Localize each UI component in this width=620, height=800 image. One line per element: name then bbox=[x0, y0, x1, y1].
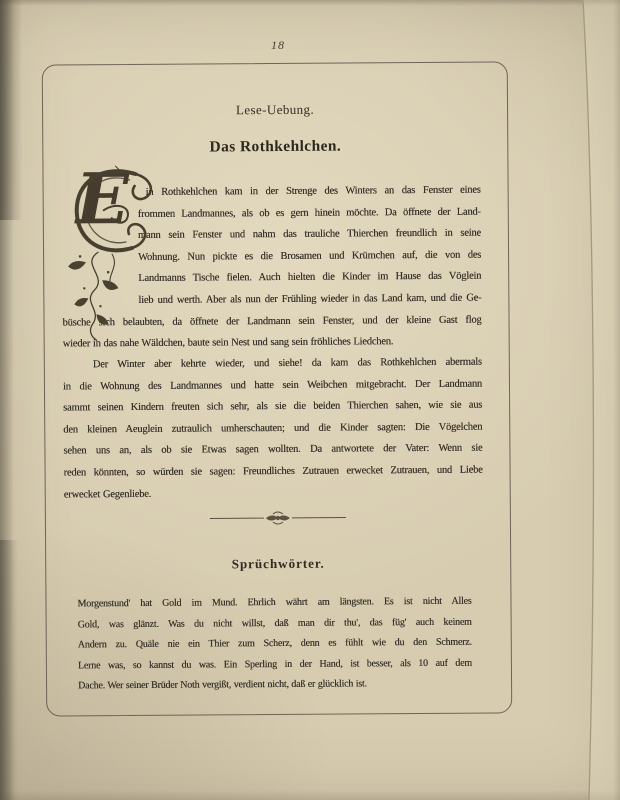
page-number: 18 bbox=[0, 38, 556, 53]
text-line: Morgenstund' hat Gold im Mund. Ehrlich w… bbox=[77, 592, 471, 615]
text-line: Gold, was glänzt. Was du nicht willst, d… bbox=[78, 612, 472, 635]
text-line: Lerne was, so kannst du was. Ein Sperlin… bbox=[78, 653, 472, 676]
proverbs-title: Sprüchwörter. bbox=[46, 554, 510, 573]
book-page-scan: 18 Lese-Uebung. Das Rothkehlchen. E bbox=[0, 0, 620, 800]
text-line: in Rothkehlchen kam in der Strenge des W… bbox=[138, 180, 481, 204]
binding-shadow-top bbox=[0, 0, 22, 220]
text-line: Wohnung. Nun pickte es die Brosamen und … bbox=[138, 244, 481, 268]
content-frame: Lese-Uebung. Das Rothkehlchen. E bbox=[42, 61, 513, 716]
text-line: erwecket Gegenliebe. bbox=[64, 481, 483, 506]
text-line: frommen Landmannes, als ob es gern hinei… bbox=[138, 201, 481, 225]
text-line: mann sein Fenster und nahm das trauliche… bbox=[138, 223, 481, 247]
story-title: Das Rothkehlchen. bbox=[43, 136, 507, 157]
proverbs-paragraph: Morgenstund' hat Gold im Mund. Ehrlich w… bbox=[77, 592, 472, 697]
reading-exercise-kicker: Lese-Uebung. bbox=[43, 100, 507, 119]
text-line: Dache. Wer seiner Brüder Noth vergißt, v… bbox=[78, 674, 472, 697]
page-top-edge bbox=[0, 0, 620, 6]
text-line: den kleinen Aeuglein zutraulich umhersch… bbox=[63, 416, 482, 441]
binding-shadow-bottom bbox=[0, 540, 18, 800]
page-stack-edge bbox=[613, 0, 620, 800]
text-line: reden könnten, so würden sie sagen: Freu… bbox=[64, 460, 483, 485]
text-line: in die Wohnung des Landmannes und hatte … bbox=[63, 373, 482, 398]
story-paragraph-2: Der Winter aber kehrte wieder, und siehe… bbox=[63, 352, 483, 506]
dropcap-spacer bbox=[62, 182, 139, 291]
text-line: lieb und werth. Aber als nun der Frühlin… bbox=[138, 288, 481, 312]
text-line: Andern zu. Quäle nie ein Thier zum Scher… bbox=[78, 633, 472, 656]
page-bottom-edge bbox=[0, 790, 620, 800]
floral-divider-icon bbox=[46, 509, 510, 526]
story-paragraph-1: E bbox=[62, 180, 482, 356]
text-line: sehen uns an, als ob sie Etwas sagen wol… bbox=[63, 438, 482, 463]
text-line: sammt seinen Kindern freuten sich sehr, … bbox=[63, 395, 482, 420]
text-line: Landmanns Tische fielen. Auch hielten di… bbox=[138, 266, 481, 290]
text-line: büsche sich belaubten, da öffnete der La… bbox=[62, 309, 481, 334]
text-line: Der Winter aber kehrte wieder, und siehe… bbox=[63, 352, 482, 377]
